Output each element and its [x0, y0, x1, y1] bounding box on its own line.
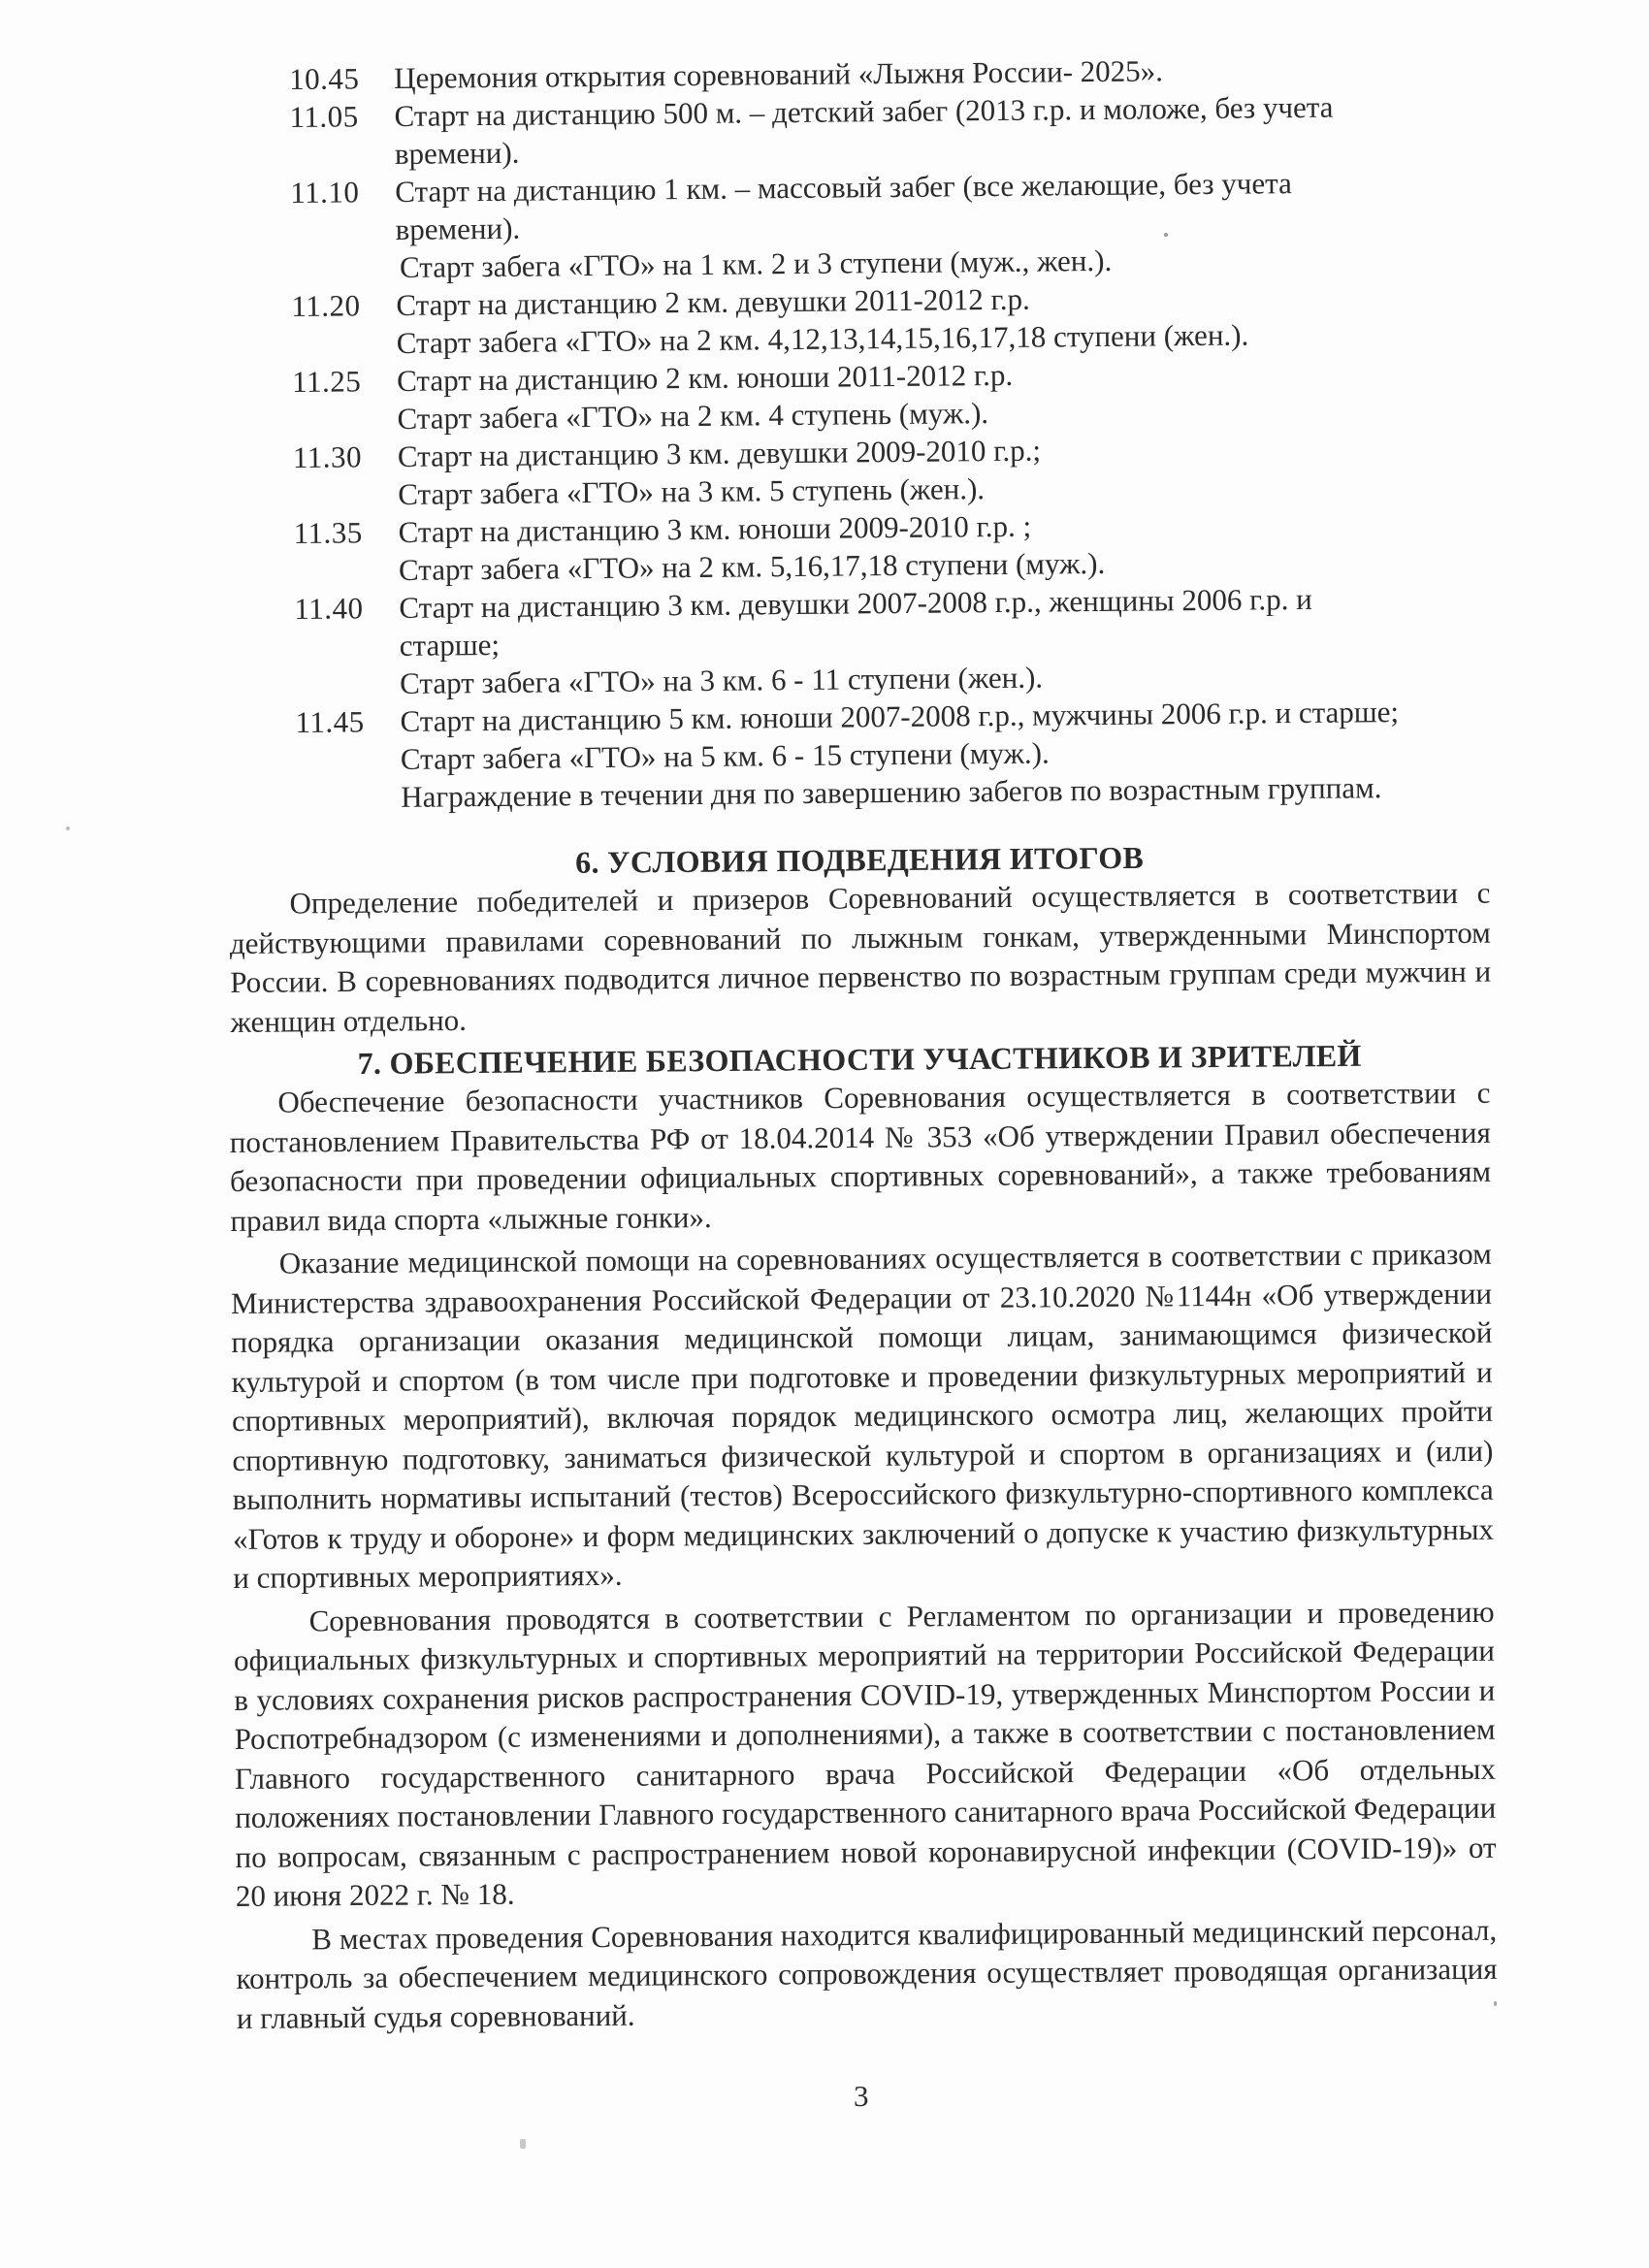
schedule-time: 11.10: [290, 173, 396, 287]
schedule-time: 11.45: [295, 702, 401, 817]
schedule-row: 11.30 Старт на дистанцию 3 км. девушки 2…: [293, 427, 1506, 514]
schedule-row: 11.20 Старт на дистанцию 2 км. девушки 2…: [291, 275, 1504, 363]
page-number: 3: [854, 2079, 869, 2114]
schedule-row: 11.05 Старт на дистанцию 500 м. – детски…: [289, 86, 1503, 174]
schedule-time: 11.30: [293, 437, 399, 514]
scan-speck: [520, 2139, 526, 2149]
paragraph: Соревнования проводятся в соответствии с…: [234, 1592, 1498, 1916]
paragraph-text: Соревнования проводятся в соответствии с…: [234, 1594, 1497, 1913]
paragraph-text: Определение победителей и призеров Сорев…: [230, 876, 1492, 1039]
section-safety: 7. ОБЕСПЕЧЕНИЕ БЕЗОПАСНОСТИ УЧАСТНИКОВ И…: [229, 1035, 1498, 2038]
schedule-row: 11.10 Старт на дистанцию 1 км. – массовы…: [290, 162, 1503, 287]
schedule-row: 11.45 Старт на дистанцию 5 км. юноши 200…: [295, 692, 1508, 817]
paragraph-text: Обеспечение безопасности участников Соре…: [230, 1076, 1492, 1238]
scanned-page: 10.45 Церемония открытия соревнований «Л…: [0, 0, 1649, 2268]
paragraph-text: В местах проведения Соревнования находит…: [236, 1912, 1497, 2034]
paragraph: Оказание медицинской помощи на соревнова…: [231, 1235, 1495, 1599]
paragraph: В местах проведения Соревнования находит…: [236, 1910, 1498, 2038]
paragraph-text: Оказание медицинской помощи на соревнова…: [231, 1237, 1494, 1595]
paragraph: Определение победителей и призеров Сорев…: [229, 874, 1491, 1042]
scan-speck: [1164, 233, 1168, 237]
paragraph: Обеспечение безопасности участников Соре…: [229, 1074, 1491, 1241]
schedule-time: 10.45: [289, 59, 394, 98]
schedule-time: 11.05: [289, 97, 395, 174]
schedule-time: 11.35: [293, 513, 399, 590]
schedule-time: 11.25: [292, 362, 398, 438]
section-results-conditions: 6. УСЛОВИЯ ПОДВЕДЕНИЯ ИТОГОВ Определение…: [229, 835, 1492, 1042]
schedule-time: 11.20: [291, 286, 397, 363]
scan-speck: [66, 826, 70, 830]
scan-speck: [1494, 2001, 1497, 2006]
schedule-row: 11.40 Старт на дистанцию 3 км. девушки 2…: [294, 578, 1507, 703]
schedule-row: 11.25 Старт на дистанцию 2 км. юноши 201…: [292, 351, 1505, 438]
schedule-row: 11.35 Старт на дистанцию 3 км. юноши 200…: [293, 502, 1506, 590]
event-schedule: 10.45 Церемония открытия соревнований «Л…: [289, 49, 1508, 817]
schedule-time: 11.40: [294, 589, 400, 703]
